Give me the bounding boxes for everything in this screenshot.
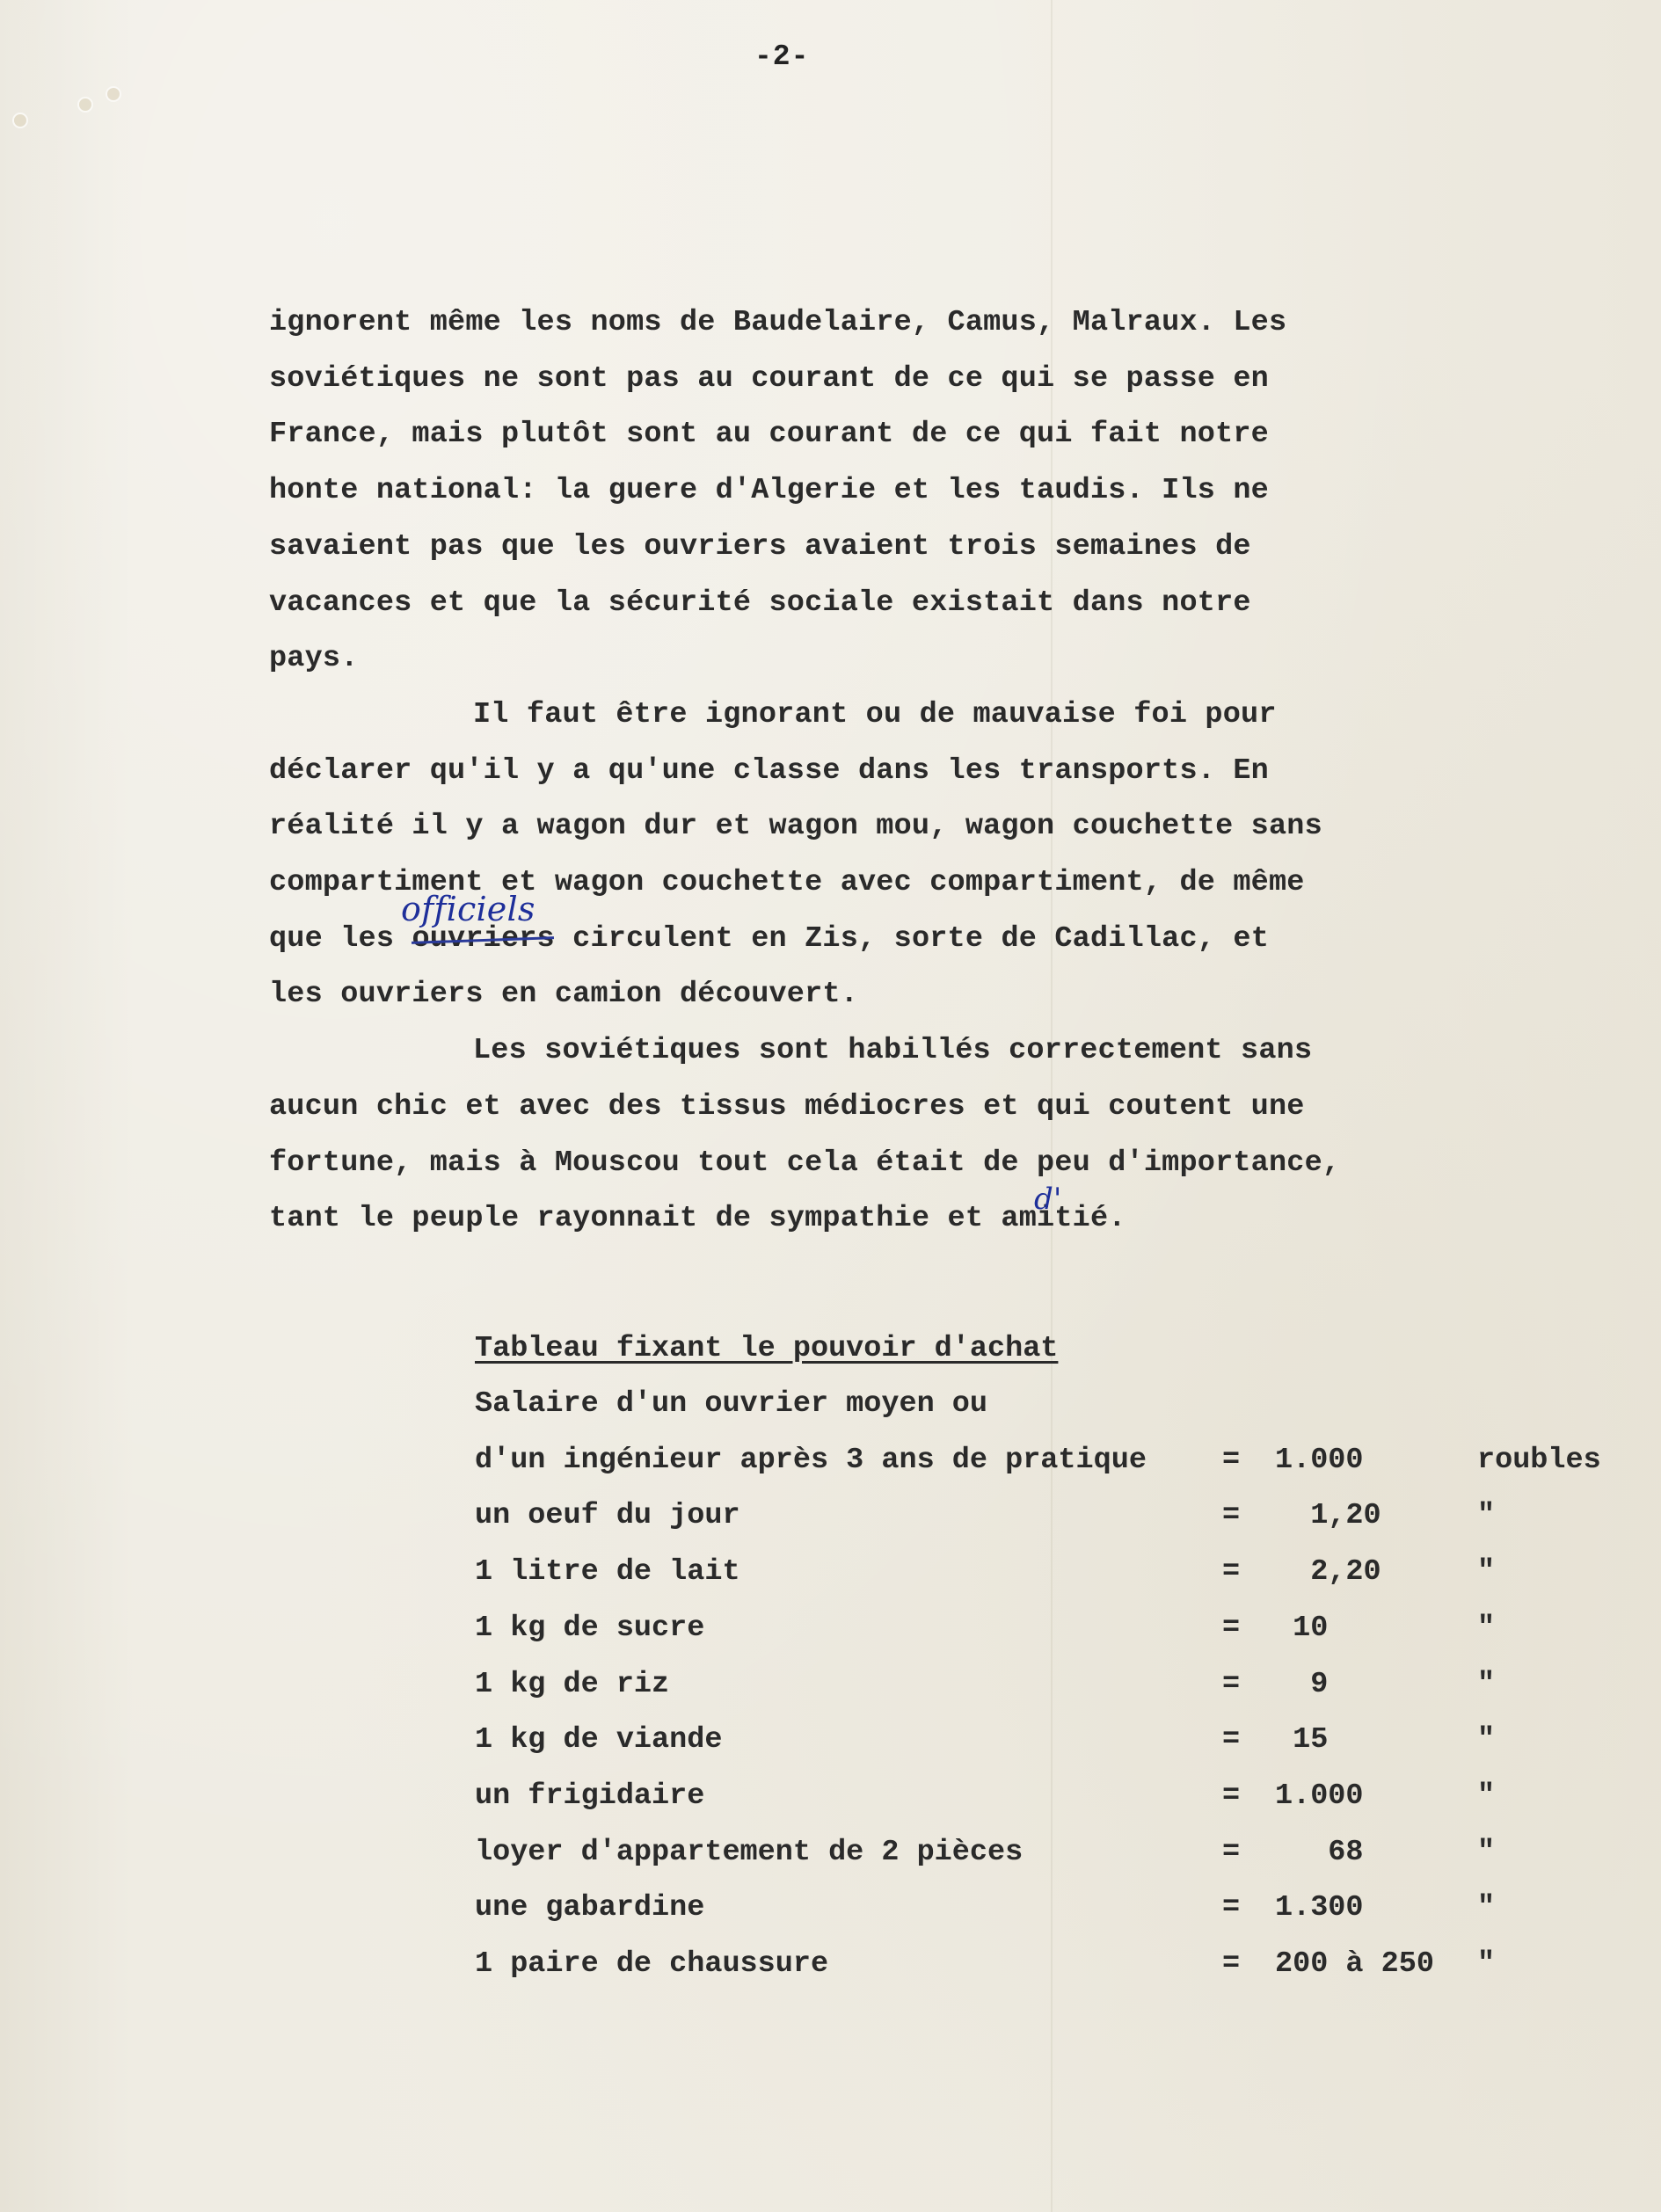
- text-line: ignorent même les noms de Baudelaire, Ca…: [269, 295, 1447, 352]
- row-unit: ": [1477, 1488, 1495, 1545]
- text-line: les ouvriers en camion découvert.: [269, 967, 1447, 1023]
- table-row: un frigidaire=1.000": [475, 1769, 1618, 1825]
- row-equals: =: [1222, 1825, 1275, 1881]
- row-equals: =: [1222, 1601, 1275, 1657]
- row-equals: =: [1222, 1433, 1275, 1489]
- row-unit: ": [1477, 1713, 1495, 1769]
- row-equals: =: [1222, 1937, 1275, 1993]
- text-fragment: que les: [269, 922, 412, 956]
- text-line: pays.: [269, 631, 1447, 688]
- text-line: honte national: la guere d'Algerie et le…: [269, 463, 1447, 520]
- row-value: 1,20: [1275, 1488, 1477, 1545]
- row-item: 1 litre de lait: [475, 1545, 1222, 1601]
- handwritten-insert: d': [1034, 1172, 1062, 1228]
- row-unit: ": [1477, 1937, 1495, 1993]
- row-unit: ": [1477, 1545, 1495, 1601]
- row-value: 10: [1275, 1601, 1477, 1657]
- row-equals: =: [1222, 1881, 1275, 1937]
- table-row: 1 kg de sucre= 10": [475, 1601, 1618, 1657]
- text-line: fortune, mais à Mouscou tout cela était …: [269, 1136, 1447, 1192]
- row-equals: =: [1222, 1657, 1275, 1714]
- row-value: 68: [1275, 1825, 1477, 1881]
- row-item: 1 kg de riz: [475, 1657, 1222, 1714]
- row-unit: ": [1477, 1657, 1495, 1714]
- row-equals: =: [1222, 1713, 1275, 1769]
- row-item: une gabardine: [475, 1881, 1222, 1937]
- row-equals: =: [1222, 1488, 1275, 1545]
- row-unit: ": [1477, 1601, 1495, 1657]
- text-line: soviétiques ne sont pas au courant de ce…: [269, 352, 1447, 408]
- row-unit: roubles: [1477, 1433, 1601, 1489]
- row-value: 15: [1275, 1713, 1477, 1769]
- page-number: -2-: [754, 40, 809, 73]
- text-line: Les soviétiques sont habillés correcteme…: [269, 1023, 1447, 1080]
- text-line: Il faut être ignorant ou de mauvaise foi…: [269, 688, 1447, 744]
- table-row: 1 paire de chaussure=200 à 250": [475, 1937, 1618, 1993]
- row-item: un oeuf du jour: [475, 1488, 1222, 1545]
- text-line-with-correction: que les ouvriers circulent en Zis, sorte…: [269, 912, 1447, 968]
- row-value: 9: [1275, 1657, 1477, 1714]
- row-item: loyer d'appartement de 2 pièces: [475, 1825, 1222, 1881]
- text-line: France, mais plutôt sont au courant de c…: [269, 407, 1447, 463]
- table-intro: Salaire d'un ouvrier moyen ou: [475, 1377, 1618, 1433]
- table-title: Tableau fixant le pouvoir d'achat: [475, 1321, 1618, 1377]
- text-fragment: tant le peuple rayonnait de sympathie et…: [269, 1202, 1126, 1235]
- document-body: ignorent même les noms de Baudelaire, Ca…: [269, 295, 1447, 1248]
- row-item: 1 kg de sucre: [475, 1601, 1222, 1657]
- table-row: 1 kg de riz= 9": [475, 1657, 1618, 1714]
- row-value: 1.000: [1275, 1769, 1477, 1825]
- text-line: réalité il y a wagon dur et wagon mou, w…: [269, 799, 1447, 855]
- row-item: d'un ingénieur après 3 ans de pratique: [475, 1433, 1222, 1489]
- row-value: 1.300: [1275, 1881, 1477, 1937]
- staple-hole: [106, 86, 121, 102]
- row-unit: ": [1477, 1881, 1495, 1937]
- row-value: 200 à 250: [1275, 1937, 1477, 1993]
- row-item: un frigidaire: [475, 1769, 1222, 1825]
- purchasing-power-table: Tableau fixant le pouvoir d'achat Salair…: [475, 1321, 1618, 1993]
- row-unit: ": [1477, 1769, 1495, 1825]
- text-line: savaient pas que les ouvriers avaient tr…: [269, 520, 1447, 576]
- table-row: loyer d'appartement de 2 pièces= 68": [475, 1825, 1618, 1881]
- text-line-with-insert: tant le peuple rayonnait de sympathie et…: [269, 1191, 1447, 1248]
- staple-hole: [77, 97, 93, 113]
- row-value: 2,20: [1275, 1545, 1477, 1601]
- text-line: aucun chic et avec des tissus médiocres …: [269, 1080, 1447, 1136]
- row-equals: =: [1222, 1769, 1275, 1825]
- table-row: 1 litre de lait= 2,20": [475, 1545, 1618, 1601]
- staple-hole: [12, 113, 28, 128]
- table-row: un oeuf du jour= 1,20": [475, 1488, 1618, 1545]
- row-value: 1.000: [1275, 1433, 1477, 1489]
- row-item: 1 kg de viande: [475, 1713, 1222, 1769]
- table-row: d'un ingénieur après 3 ans de pratique=1…: [475, 1433, 1618, 1489]
- table-row: 1 kg de viande= 15": [475, 1713, 1618, 1769]
- text-line: déclarer qu'il y a qu'une classe dans le…: [269, 744, 1447, 800]
- row-unit: ": [1477, 1825, 1495, 1881]
- handwritten-correction: officiels: [401, 882, 535, 938]
- row-item: 1 paire de chaussure: [475, 1937, 1222, 1993]
- row-equals: =: [1222, 1545, 1275, 1601]
- text-fragment: circulent en Zis, sorte de Cadillac, et: [555, 922, 1269, 956]
- text-line: vacances et que la sécurité sociale exis…: [269, 576, 1447, 632]
- table-row: une gabardine=1.300": [475, 1881, 1618, 1937]
